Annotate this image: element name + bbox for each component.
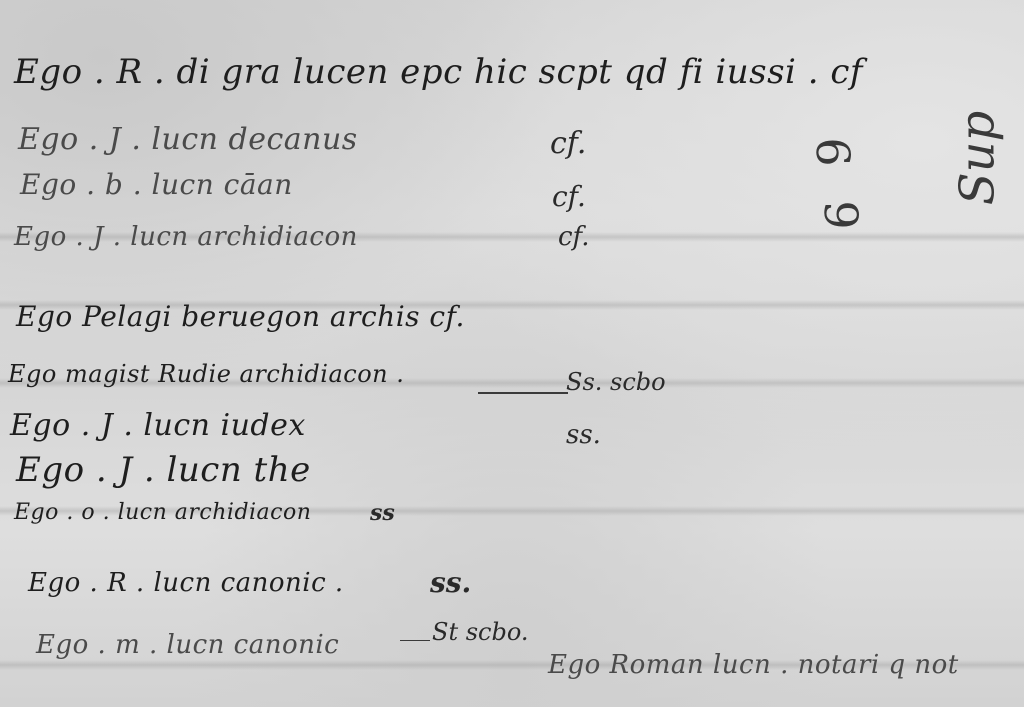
subscription-mark-7: ss. <box>566 420 601 450</box>
subscription-mark-10: ss. <box>430 566 471 599</box>
signature-rule <box>400 640 430 641</box>
subscription-mark-3: cf. <box>552 180 586 213</box>
subscription-line-4: Ego . J . lucn archidiacon <box>14 222 358 252</box>
subscription-line-3: Ego . b . lucn cāan <box>20 168 293 201</box>
parchment-background <box>0 0 1024 707</box>
subscription-mark-9: ss <box>370 500 395 526</box>
subscription-mark-4: cf. <box>558 222 590 252</box>
subscription-mark-2: cf. <box>550 126 586 161</box>
subscription-line-10: Ego . R . lucn canonic . <box>28 568 344 598</box>
subscription-line-9: Ego . o . lucn archidiacon <box>14 500 311 525</box>
subscription-line-7: Ego . J . lucn iudex <box>10 408 306 443</box>
margin-numeral-2: 6 <box>816 200 870 229</box>
subscription-mark-6: Ss. scbo <box>566 368 666 396</box>
subscription-line-11: Ego . m . lucn canonic <box>36 630 339 660</box>
margin-note: Sup <box>949 111 1005 206</box>
subscription-line-1: Ego . R . di gra lucen epc hic scpt qd f… <box>14 52 863 92</box>
subscription-line-12: Ego Roman lucn . notari q not <box>548 650 959 680</box>
subscription-line-5: Ego Pelagi beruegon archis cf. <box>16 300 465 333</box>
subscription-mark-11: St scbo. <box>432 618 529 646</box>
margin-numeral-1: 9 <box>808 137 862 166</box>
subscription-line-8: Ego . J . lucn the <box>16 450 311 490</box>
subscription-line-6: Ego magist Rudie archidiacon . <box>8 360 404 388</box>
subscription-line-2: Ego . J . lucn decanus <box>18 122 358 157</box>
signature-rule <box>478 392 568 394</box>
